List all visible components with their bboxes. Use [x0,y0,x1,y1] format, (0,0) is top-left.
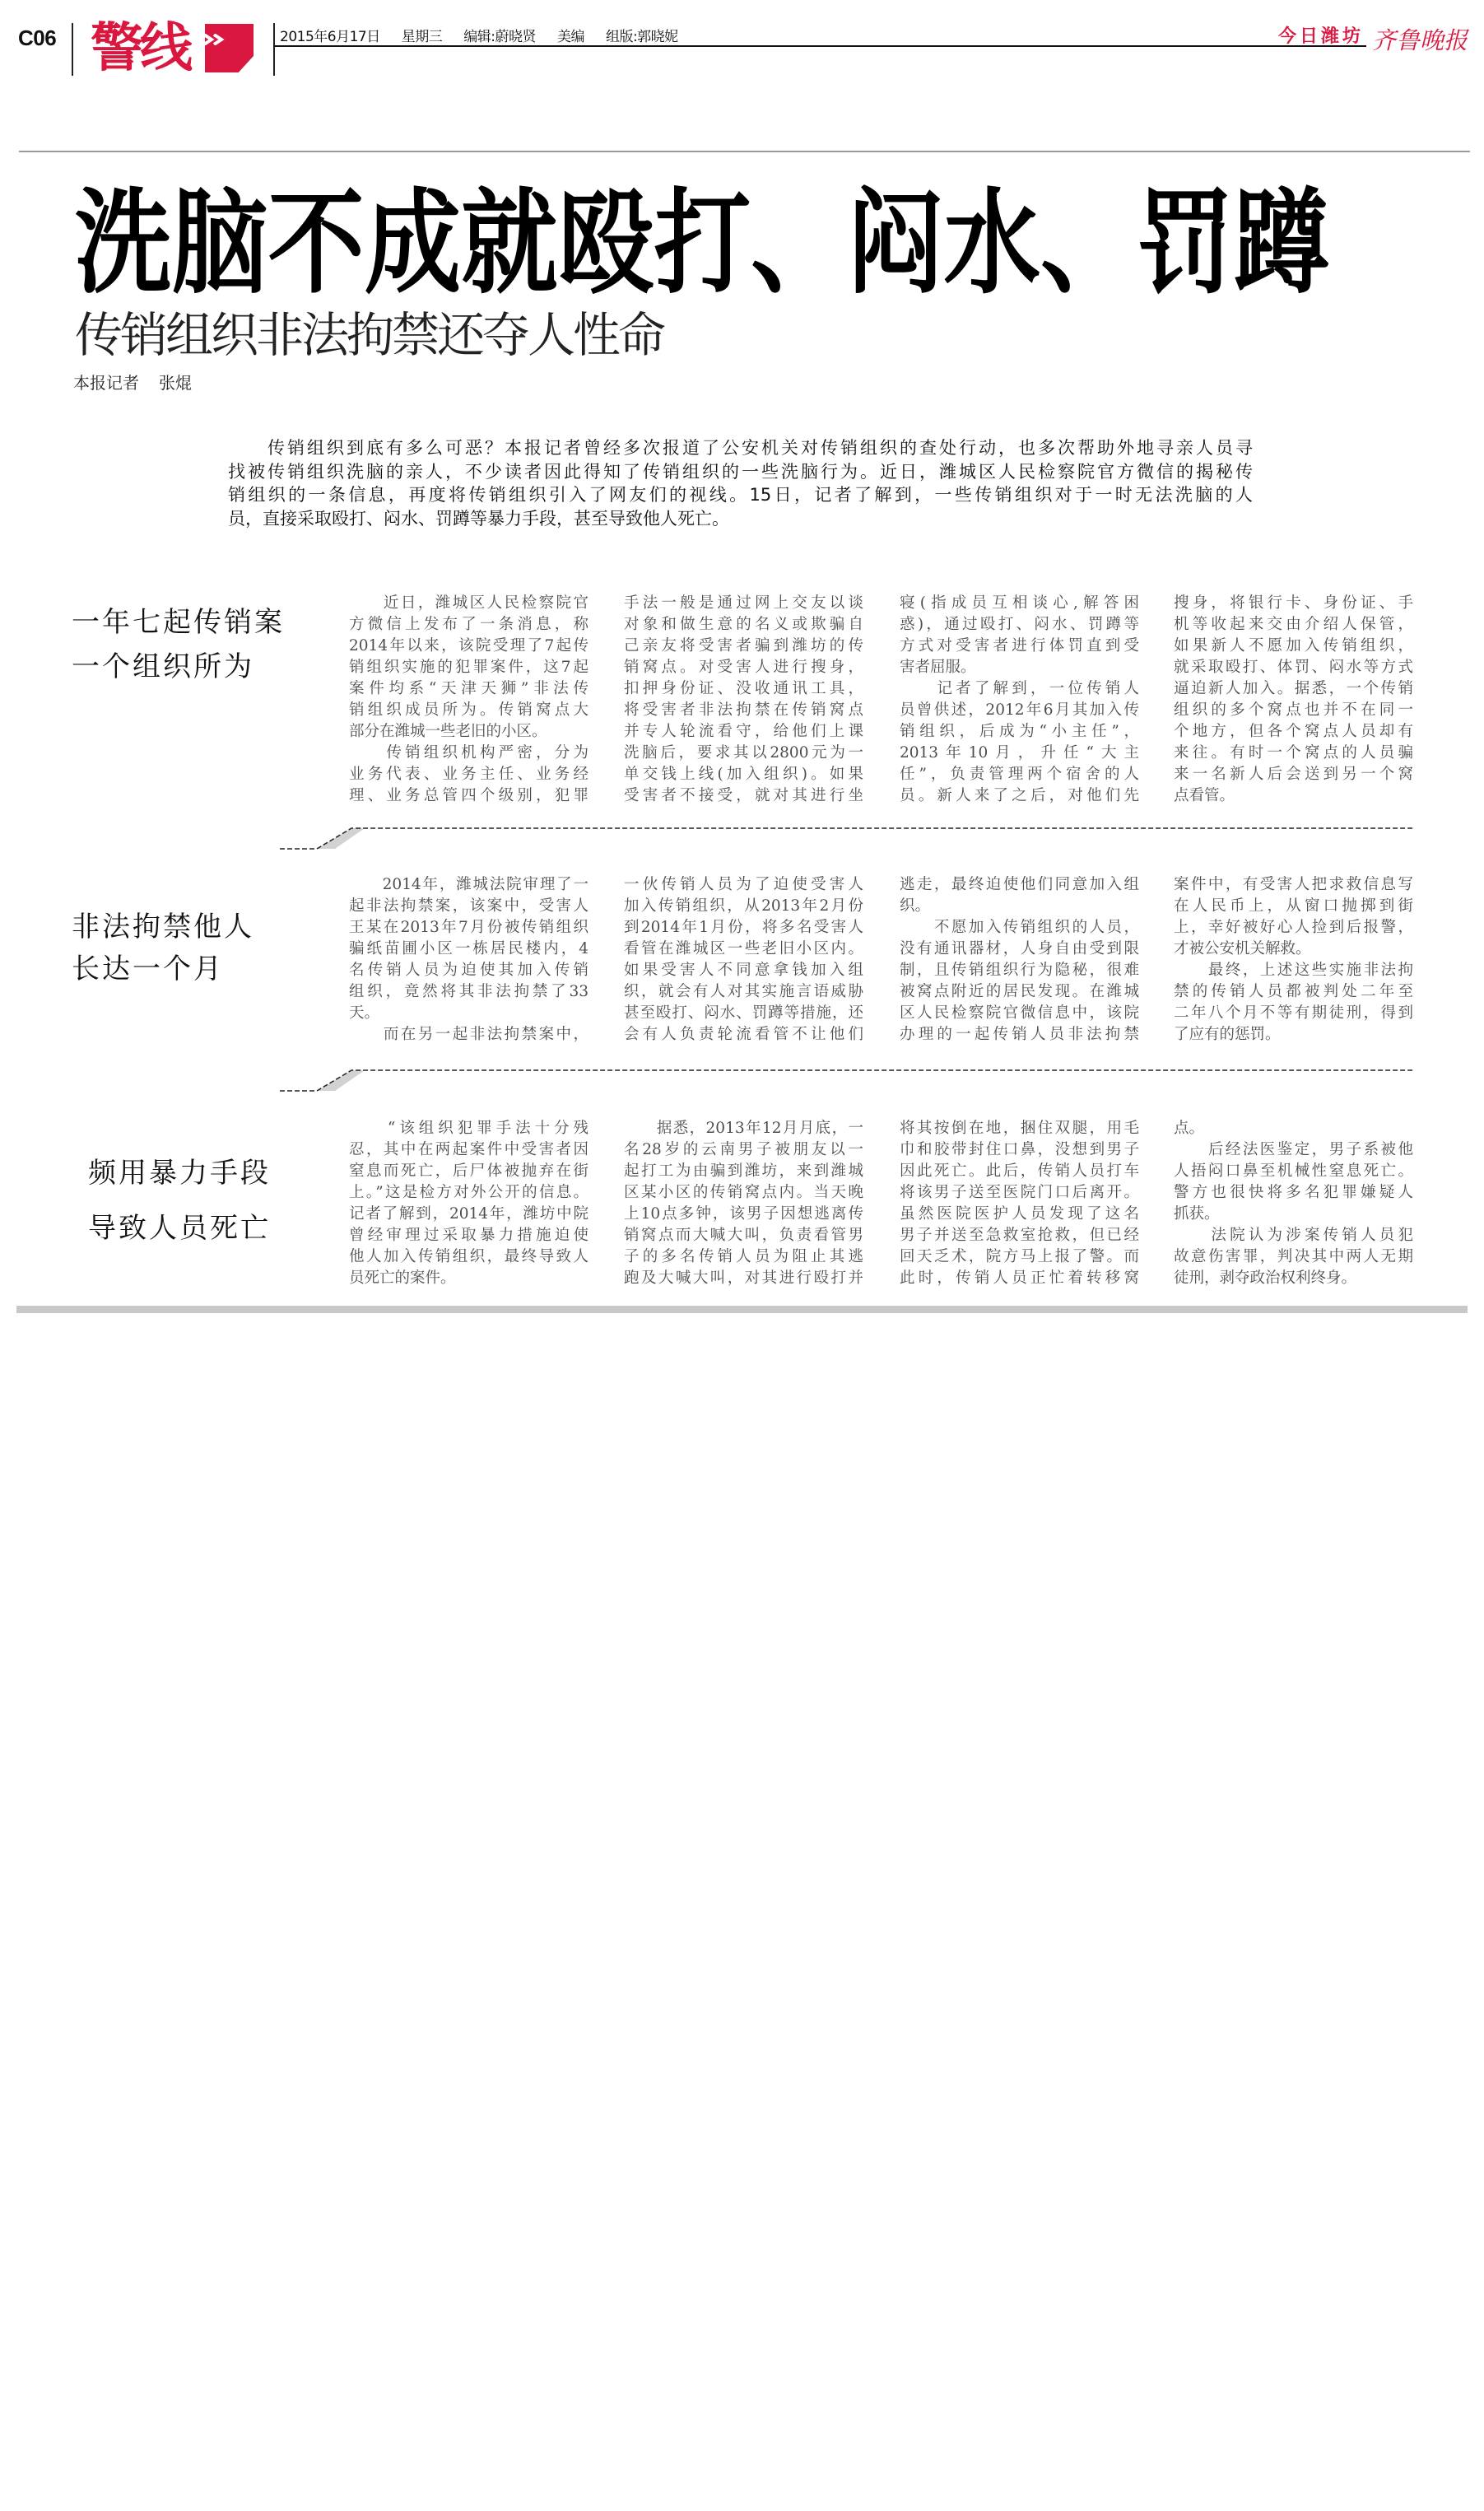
text-line: 一伙传销人员为了迫使受害人 [624,874,863,896]
paragraph: 传销组织机构严密，分为业务代表、业务主任、业务经理、业务总管四个级别，犯罪 [349,743,588,807]
section-heading-line: 长达一个月 [72,948,254,990]
text-line: 销窝点。对受害人进行搜身， [624,657,863,678]
text-line: 办理的一起传销人员非法拘禁 [900,1024,1139,1046]
paragraph: 记者了解到，一位传销人员曾供述，2012年6月其加入传销组织，后成为“小主任”，… [900,678,1139,807]
paragraph: 近日，潍城区人民检察院官方微信上发布了一条消息，称2014年以来，该院受理了7起… [349,593,588,743]
text-line: 将其按倒在地，捆住双腿，用毛 [900,1118,1139,1139]
section-divider-2 [280,1070,1414,1091]
text-line: 受害者不接受，就对其进行坐 [624,785,863,807]
paragraph: 搜身，将银行卡、身份证、手机等收起来交由介绍人保管，如果新人不愿加入传销组织，就… [1174,593,1413,807]
header-rule [273,45,1366,47]
edition-label: 今日潍坊 [1278,28,1364,46]
text-line: 上。”这是检方对外公开的信息。 [349,1182,588,1204]
paragraph: 据悉，2013年12月月底，一名28岁的云南男子被朋友以一起打工为由骗到潍坊，来… [624,1118,863,1289]
text-line: 到2014年1月份，将多名受害人 [624,917,863,939]
text-line: 机等收起来交由介绍人保管， [1174,614,1413,636]
text-line: 抓获。 [1174,1204,1413,1225]
paragraph: “该组织犯罪手法十分残忍，其中在两起案件中受害者因窒息而死亡，后尸体被抛弃在街上… [349,1118,588,1289]
text-line: 因此死亡。此后，传销人员打车 [900,1161,1139,1182]
text-line: 害者屈服。 [900,657,1139,678]
headline: 洗脑不成就殴打、闷水、罚蹲 [75,187,1330,300]
header-divider [273,23,275,76]
text-line: 并专人轮流看守，给他们上课 [624,721,863,743]
paragraph: 2014年，潍城法院审理了一起非法拘禁案，该案中，受害人王某在2013年7月份被… [349,874,588,1024]
byline: 本报记者 张焜 [73,375,192,391]
text-line: 组织的多个窝点也并不在同一 [1174,700,1413,721]
section-heading: 频用暴力手段 导致人员死亡 [88,1146,271,1256]
masthead-logo: 齐鲁晚报 [1372,29,1468,53]
text-line: 跑及大喊大叫，对其进行殴打并 [624,1268,863,1289]
text-line: 据悉，2013年12月月底，一 [624,1118,863,1139]
lead-paragraph: 传销组织到底有多么可恶？本报记者曾经多次报道了公安机关对传销组织的查处行动，也多… [228,436,1253,530]
text-line: 而在另一起非法拘禁案中， [349,1024,588,1046]
paragraph: 点。 [1174,1118,1413,1139]
text-line: 禁的传销人员都被判处二年至 [1174,981,1413,1003]
article-column: 逃走，最终迫使他们同意加入组织。 不愿加入传销组织的人员，没有通讯器材，人身自由… [900,874,1139,1046]
text-line: 方式对受害者进行体罚直到受 [900,636,1139,657]
paragraph: 寝(指成员互相谈心,解答困惑)，通过殴打、闷水、罚蹲等方式对受害者进行体罚直到受… [900,593,1139,678]
text-line: 没有通讯器材，人身自由受到限 [900,939,1139,960]
text-line: 织。 [900,896,1139,917]
text-line: 案件均系“天津天狮”非法传 [349,678,588,700]
text-line: 织，就会有人对其实施言语威胁 [624,981,863,1003]
bottom-bar [16,1306,1468,1313]
layout-editor: 组版:郭晓妮 [606,30,678,44]
text-line: 寝(指成员互相谈心,解答困 [900,593,1139,614]
reporter-name: 张焜 [159,375,192,391]
text-line: 二年八个月不等有期徒刑，得到 [1174,1003,1413,1024]
text-line: 对象和做生意的名义或欺骗自 [624,614,863,636]
text-line: 销窝点而大喊大叫，负责看管男 [624,1225,863,1246]
text-line: 员，直接采取殴打、闷水、罚蹲等暴力手段，甚至导致他人死亡。 [228,507,1253,531]
article-column: 手法一般是通过网上交友以谈对象和做生意的名义或欺骗自己亲友将受害者骗到潍坊的传销… [624,593,863,807]
text-line: 起非法拘禁案，该案中，受害人 [349,896,588,917]
section-name: 警线 [91,22,189,75]
text-line: 员曾供述，2012年6月其加入传 [900,700,1139,721]
text-line: 才被公安机关解救。 [1174,939,1413,960]
text-line: 看管在潍城区一些老旧小区内。 [624,939,863,960]
section-divider-1 [280,828,1414,849]
text-line: 近日，潍城区人民检察院官 [349,593,588,614]
text-line: 方微信上发布了一条消息，称 [349,614,588,636]
text-line: 逃走，最终迫使他们同意加入组 [900,874,1139,896]
section-heading: 非法拘禁他人 长达一个月 [72,906,254,990]
text-line: 记者了解到，2014年，潍坊中院 [349,1204,588,1225]
text-line: 此时，传销人员正忙着转移窝 [900,1268,1139,1289]
text-line: 来往。有时一个窝点的人员骗 [1174,743,1413,764]
text-line: 扣押身份证、没收通讯工具， [624,678,863,700]
article-column: 搜身，将银行卡、身份证、手机等收起来交由介绍人保管，如果新人不愿加入传销组织，就… [1174,593,1413,807]
text-line: 将该男子送至医院门口后离开。 [900,1182,1139,1204]
text-line: 制，且传销组织行为隐秘，很难 [900,960,1139,981]
article-column: “该组织犯罪手法十分残忍，其中在两起案件中受害者因窒息而死亡，后尸体被抛弃在街上… [349,1118,588,1289]
paragraph: 逃走，最终迫使他们同意加入组织。 [900,874,1139,917]
text-line: 法院认为涉案传销人员犯 [1174,1225,1413,1246]
text-line: 逼迫新人加入。据悉，一个传销 [1174,678,1413,700]
paragraph: 而在另一起非法拘禁案中， [349,1024,588,1046]
article-column: 将其按倒在地，捆住双腿，用毛巾和胶带封住口鼻，没想到男子因此死亡。此后，传销人员… [900,1118,1139,1289]
art-editor: 美编 [557,30,584,44]
text-line: 点看管。 [1174,785,1413,807]
paragraph: 最终，上述这些实施非法拘禁的传销人员都被判处二年至二年八个月不等有期徒刑，得到了… [1174,960,1413,1046]
text-line: 上，幸好被好心人捡到后报警， [1174,917,1413,939]
text-line: 骗纸苗圃小区一栋居民楼内，4 [349,939,588,960]
text-line: 洗脑后，要求其以2800元为一 [624,743,863,764]
text-line: 回天乏术，院方马上报了警。而 [900,1246,1139,1268]
text-line: 区某小区的传销窝点内。当天晚 [624,1182,863,1204]
double-chevron-right-icon [205,34,230,45]
section-heading-line: 频用暴力手段 [88,1146,271,1201]
article-column: 近日，潍城区人民检察院官方微信上发布了一条消息，称2014年以来，该院受理了7起… [349,593,588,807]
section-heading-line: 一年七起传销案 [72,600,285,645]
section-heading-line: 非法拘禁他人 [72,906,254,948]
subheadline: 传销组织非法拘禁还夺人性命 [75,311,663,359]
text-line: 上10点多钟，该男子因想逃离传 [624,1204,863,1225]
text-line: 搜身，将银行卡、身份证、手 [1174,593,1413,614]
text-line: 任”，负责管理两个宿舍的人 [900,764,1139,785]
text-line: 天。 [349,1003,588,1024]
text-line: 加入传销组织，从2013年2月份 [624,896,863,917]
text-line: 忍，其中在两起案件中受害者因 [349,1139,588,1161]
paragraph: 不愿加入传销组织的人员，没有通讯器材，人身自由受到限制，且传销组织行为隐秘，很难… [900,917,1139,1046]
text-line: 销组织成员所为。传销窝点大 [349,700,588,721]
article-column: 寝(指成员互相谈心,解答困惑)，通过殴打、闷水、罚蹲等方式对受害者进行体罚直到受… [900,593,1139,807]
text-line: 2013年10月，升任“大主 [900,743,1139,764]
dateline: 2015年6月17日 星期三 编辑:蔚晓贤 美编 组版:郭晓妮 [280,30,678,44]
text-line: 个地方，但各个窝点人员却有 [1174,721,1413,743]
paragraph: 案件中，有受害人把求救信息写在人民币上，从窗口抛掷到街上，幸好被好心人捡到后报警… [1174,874,1413,960]
text-line: 销组织实施的犯罪案件，这7起 [349,657,588,678]
text-line: 故意伤害罪，判决其中两人无期 [1174,1246,1413,1268]
text-line: 人捂闷口鼻至机械性窒息死亡。 [1174,1161,1413,1182]
article-column: 2014年，潍城法院审理了一起非法拘禁案，该案中，受害人王某在2013年7月份被… [349,874,588,1046]
text-line: 案件中，有受害人把求救信息写 [1174,874,1413,896]
text-line: 王某在2013年7月份被传销组织 [349,917,588,939]
text-line: 销组织，后成为“小主任”， [900,721,1139,743]
page-number: C06 [18,27,56,49]
text-line: 被窝点附近的居民发现。在潍城 [900,981,1139,1003]
issue-date: 2015年6月17日 [280,30,380,44]
paragraph: 一伙传销人员为了迫使受害人加入传销组织，从2013年2月份到2014年1月份，将… [624,874,863,1046]
text-line: 名传销人员为迫使其加入传销 [349,960,588,981]
text-line: 传销组织到底有多么可恶？本报记者曾经多次报道了公安机关对传销组织的查处行动，也多… [228,436,1253,460]
text-line: 窒息而死亡，后尸体被抛弃在街 [349,1161,588,1182]
article-column: 一伙传销人员为了迫使受害人加入传销组织，从2013年2月份到2014年1月份，将… [624,874,863,1046]
text-line: 徒刑，剥夺政治权利终身。 [1174,1268,1413,1289]
text-line: 将受害者非法拘禁在传销窝点 [624,700,863,721]
text-line: 子的多名传销人员为阻止其逃 [624,1246,863,1268]
text-line: 理、业务总管四个级别，犯罪 [349,785,588,807]
text-line: 组织，竟然将其非法拘禁了33 [349,981,588,1003]
paragraph: 后经法医鉴定，男子系被他人捂闷口鼻至机械性窒息死亡。警方也很快将多名犯罪嫌疑人抓… [1174,1139,1413,1225]
text-line: 男子并送至急救室抢救，但已经 [900,1225,1139,1246]
paragraph: 法院认为涉案传销人员犯故意伤害罪，判决其中两人无期徒刑，剥夺政治权利终身。 [1174,1225,1413,1289]
text-line: 虽然医院医护人员发现了这名 [900,1204,1139,1225]
text-line: 警方也很快将多名犯罪嫌疑人 [1174,1182,1413,1204]
text-line: 在人民币上，从窗口抛掷到街 [1174,896,1413,917]
text-line: 就采取殴打、体罚、闷水等方式 [1174,657,1413,678]
text-line: 己亲友将受害者骗到潍坊的传 [624,636,863,657]
text-line: 区人民检察院官微信息中，该院 [900,1003,1139,1024]
text-line: 传销组织机构严密，分为 [349,743,588,764]
paragraph: 手法一般是通过网上交友以谈对象和做生意的名义或欺骗自己亲友将受害者骗到潍坊的传销… [624,593,863,807]
editor: 编辑:蔚晓贤 [463,30,536,44]
text-line: 名28岁的云南男子被朋友以一 [624,1139,863,1161]
article-column: 案件中，有受害人把求救信息写在人民币上，从窗口抛掷到街上，幸好被好心人捡到后报警… [1174,874,1413,1046]
text-line: 点。 [1174,1118,1413,1139]
text-line: 2014年以来，该院受理了7起传 [349,636,588,657]
text-line: 员死亡的案件。 [349,1268,588,1289]
byline-label: 本报记者 [73,375,139,391]
section-heading-line: 一个组织所为 [72,645,285,689]
text-line: 不愿加入传销组织的人员， [900,917,1139,939]
text-line: 曾经审理过采取暴力措施迫使 [349,1225,588,1246]
text-line: 找被传销组织洗脑的亲人，不少读者因此得知了传销组织的一些洗脑行为。近日，潍城区人… [228,460,1253,484]
text-line: 记者了解到，一位传销人 [900,678,1139,700]
section-heading: 一年七起传销案 一个组织所为 [72,600,285,689]
text-line: 如果受害人不同意拿钱加入组 [624,960,863,981]
text-line: 巾和胶带封住口鼻，没想到男子 [900,1139,1139,1161]
text-line: 部分在潍城一些老旧的小区。 [349,721,588,743]
text-line: 员。新人来了之后，对他们先 [900,785,1139,807]
text-line: 如果新人不愿加入传销组织， [1174,636,1413,657]
text-line: 来一名新人后会送到另一个窝 [1174,764,1413,785]
paragraph: 将其按倒在地，捆住双腿，用毛巾和胶带封住口鼻，没想到男子因此死亡。此后，传销人员… [900,1118,1139,1289]
text-line: 会有人负责轮流看管不让他们 [624,1024,863,1046]
text-line: 起打工为由骗到潍坊，来到潍城 [624,1161,863,1182]
section-heading-line: 导致人员死亡 [88,1201,271,1256]
weekday: 星期三 [402,30,443,44]
text-line: “该组织犯罪手法十分残 [349,1118,588,1139]
text-line: 他人加入传销组织，最终导致人 [349,1246,588,1268]
header-divider [72,23,73,76]
text-line: 最终，上述这些实施非法拘 [1174,960,1413,981]
text-line: 单交钱上线(加入组织)。如果 [624,764,863,785]
article-column: 据悉，2013年12月月底，一名28岁的云南男子被朋友以一起打工为由骗到潍坊，来… [624,1118,863,1289]
text-line: 业务代表、业务主任、业务经 [349,764,588,785]
text-line: 了应有的惩罚。 [1174,1024,1413,1046]
text-line: 2014年，潍城法院审理了一 [349,874,588,896]
article-column: 点。 后经法医鉴定，男子系被他人捂闷口鼻至机械性窒息死亡。警方也很快将多名犯罪嫌… [1174,1118,1413,1289]
text-line: 甚至殴打、闷水、罚蹲等措施，还 [624,1003,863,1024]
text-line: 手法一般是通过网上交友以谈 [624,593,863,614]
text-line: 惑)，通过殴打、闷水、罚蹲等 [900,614,1139,636]
text-line: 后经法医鉴定，男子系被他 [1174,1139,1413,1161]
text-line: 销组织的一条信息，再度将传销组织引入了网友们的视线。15日，记者了解到，一些传销… [228,483,1253,507]
